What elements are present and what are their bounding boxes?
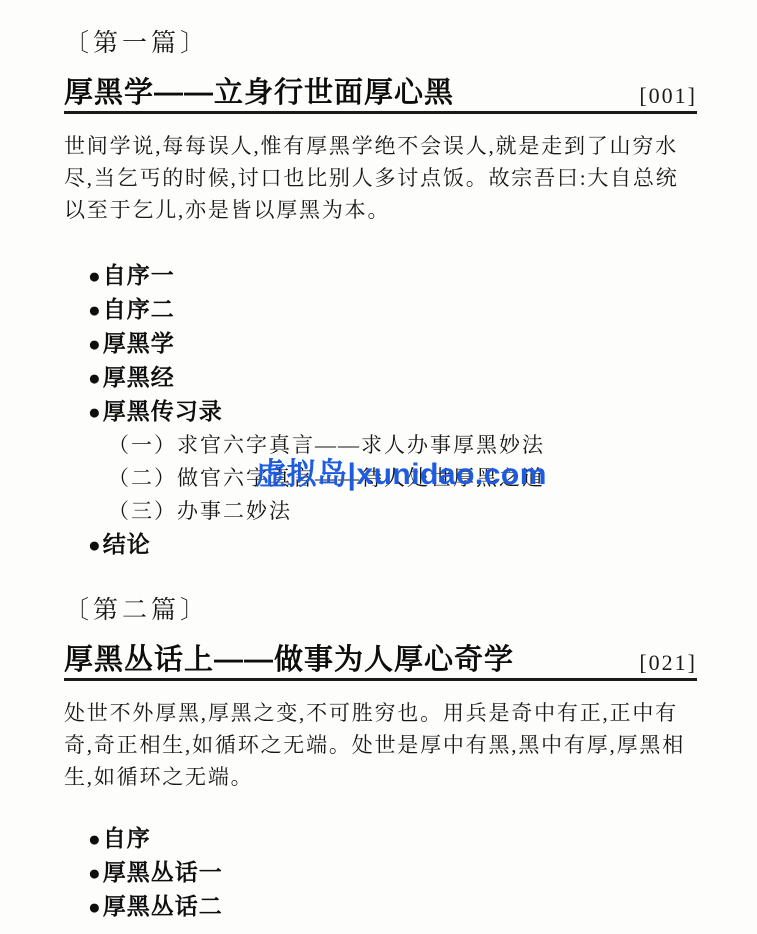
chapter-title: 厚黑学——立身行世面厚心黑 (64, 77, 454, 109)
section-part-2: 〔第二篇〕 厚黑丛话上——做事为人厚心奇学 [021] 处世不外厚黑,厚黑之变,… (64, 597, 697, 924)
toc-entry-label: 自序一 (103, 262, 175, 288)
toc-entry-label: 自序二 (103, 296, 175, 322)
bullet-icon: ● (88, 299, 102, 322)
toc-entry: ●自序二 (88, 293, 697, 327)
page-number-ref: [021] (639, 650, 697, 676)
part-label: 〔第一篇〕 (64, 30, 697, 58)
toc-list: ●自序一 ●自序二 ●厚黑学 ●厚黑经 ●厚黑传习录 （一）求官六字真言——求人… (88, 259, 697, 562)
toc-subentry: （三）办事二妙法 (108, 495, 697, 528)
toc-entry-label: 厚黑传习录 (103, 398, 223, 424)
intro-line: 奇,奇正相生,如循环之无端。处世是厚中有黑,黑中有厚,厚黑相 (64, 729, 697, 761)
toc-list: ●自序 ●厚黑丛话一 ●厚黑丛话二 (88, 822, 697, 924)
toc-entry-label: 结论 (103, 531, 151, 557)
page-number-ref: [001] (639, 83, 697, 109)
intro-line: 以至于乞儿,亦是皆以厚黑为本。 (64, 194, 697, 226)
intro-line: 处世不外厚黑,厚黑之变,不可胜穷也。用兵是奇中有正,正中有 (64, 697, 697, 729)
toc-entry: ●厚黑丛话一 (88, 856, 697, 890)
toc-entry: ●自序 (88, 822, 697, 856)
bullet-icon: ● (88, 828, 102, 851)
toc-subentry: （二）做官六字真言——待人处世厚黑之道 (108, 462, 697, 495)
toc-entry-label: 厚黑丛话二 (103, 893, 223, 919)
bullet-icon: ● (88, 862, 102, 885)
bullet-icon: ● (88, 265, 102, 288)
toc-entry-label: 厚黑丛话一 (103, 859, 223, 885)
intro-line: 生,如循环之无端。 (64, 761, 697, 793)
toc-entry: ●厚黑经 (88, 361, 697, 395)
bullet-icon: ● (88, 367, 102, 390)
chapter-title-row: 厚黑学——立身行世面厚心黑 [001] (64, 77, 697, 114)
chapter-title: 厚黑丛话上——做事为人厚心奇学 (64, 644, 514, 676)
intro-line: 世间学说,每每误人,惟有厚黑学绝不会误人,就是走到了山穷水 (64, 130, 697, 162)
chapter-intro: 世间学说,每每误人,惟有厚黑学绝不会误人,就是走到了山穷水 尽,当乞丐的时候,讨… (64, 130, 697, 226)
toc-subentry: （一）求官六字真言——求人办事厚黑妙法 (108, 429, 697, 462)
toc-entry: ●厚黑传习录 (88, 395, 697, 429)
bullet-icon: ● (88, 401, 102, 424)
part-label: 〔第二篇〕 (64, 597, 697, 625)
chapter-intro: 处世不外厚黑,厚黑之变,不可胜穷也。用兵是奇中有正,正中有 奇,奇正相生,如循环… (64, 697, 697, 793)
toc-entry: ●结论 (88, 528, 697, 562)
toc-entry: ●自序一 (88, 259, 697, 293)
section-part-1: 〔第一篇〕 厚黑学——立身行世面厚心黑 [001] 世间学说,每每误人,惟有厚黑… (64, 30, 697, 562)
toc-entry-label: 厚黑学 (103, 330, 175, 356)
intro-line: 尽,当乞丐的时候,讨口也比别人多讨点饭。故宗吾曰:大自总统 (64, 162, 697, 194)
bullet-icon: ● (88, 534, 102, 557)
toc-entry: ●厚黑学 (88, 327, 697, 361)
scanned-book-page: 〔第一篇〕 厚黑学——立身行世面厚心黑 [001] 世间学说,每每误人,惟有厚黑… (0, 0, 757, 934)
toc-entry: ●厚黑丛话二 (88, 890, 697, 924)
bullet-icon: ● (88, 333, 102, 356)
bullet-icon: ● (88, 896, 102, 919)
chapter-title-row: 厚黑丛话上——做事为人厚心奇学 [021] (64, 644, 697, 681)
toc-entry-label: 厚黑经 (103, 364, 175, 390)
toc-entry-label: 自序 (103, 825, 151, 851)
